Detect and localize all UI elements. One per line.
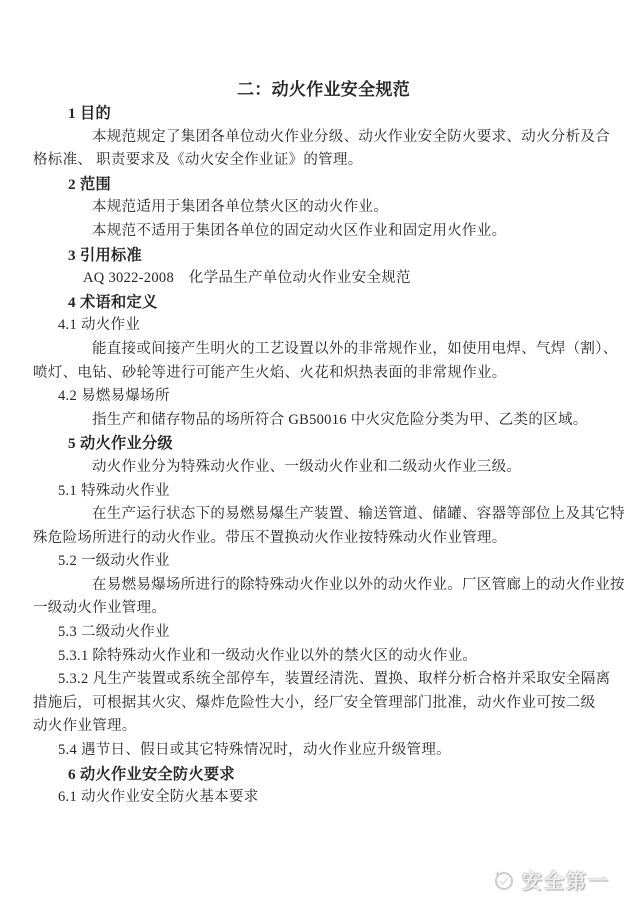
document-lines: 1 目的本规范规定了集团各单位动火作业分级、动火作业安全防火要求、动火分析及合格… [33,102,614,810]
doc-line-para: 指生产和储存物品的场所符合 GB50016 中火灾危险分类为甲、乙类的区域。 [33,409,614,433]
doc-line-heading: 3 引用标准 [33,244,614,268]
doc-line-item: 5.3.2 凡生产装置或系统全部停车，装置经清洗、置换、取样分析合格并采取安全隔… [33,668,614,692]
doc-line-para: 本规范适用于集团各单位禁火区的动火作业。 [33,196,614,220]
doc-line-para: 在易燃易爆场所进行的除特殊动火作业以外的动火作业。厂区管廊上的动火作业按 [33,574,614,598]
doc-line-cont: 喷灯、电钻、砂轮等进行可能产生火焰、火花和炽热表面的非常规作业。 [33,362,614,386]
watermark: 安全第一 [492,865,610,894]
doc-line-heading: 1 目的 [33,102,614,126]
doc-line-item: 5.3 二级动火作业 [33,621,614,645]
doc-line-heading: 4 术语和定义 [33,291,614,315]
doc-line-cont: 殊危险场所进行的动火作业。带压不置换动火作业按特殊动火作业管理。 [33,527,614,551]
circle-logo-icon [492,869,514,891]
doc-line-ref: AQ 3022-2008 化学品生产单位动火作业安全规范 [33,267,614,291]
doc-line-item: 5.2 一级动火作业 [33,550,614,574]
doc-line-heading: 5 动火作业分级 [33,432,614,456]
document-page: 二：动火作业安全规范 1 目的本规范规定了集团各单位动火作业分级、动火作业安全防… [0,0,640,810]
doc-line-heading: 2 范围 [33,173,614,197]
doc-line-para: 本规范不适用于集团各单位的固定动火区作业和固定用火作业。 [33,220,614,244]
watermark-text: 安全第一 [522,865,610,894]
document-title: 二：动火作业安全规范 [33,78,614,102]
doc-line-heading: 6 动火作业安全防火要求 [33,763,614,787]
doc-line-item: 4.1 动火作业 [33,314,614,338]
doc-line-item: 5.1 特殊动火作业 [33,480,614,504]
doc-line-cont: 格标准、 职责要求及《动火安全作业证》的管理。 [33,149,614,173]
doc-line-item: 5.4 遇节日、假日或其它特殊情况时，动火作业应升级管理。 [33,739,614,763]
doc-line-item: 6.1 动火作业安全防火基本要求 [33,786,614,810]
doc-line-item: 5.3.1 除特殊动火作业和一级动火作业以外的禁火区的动火作业。 [33,645,614,669]
doc-line-para: 在生产运行状态下的易燃易爆生产装置、输送管道、储罐、容器等部位上及其它特 [33,503,614,527]
doc-line-cont: 措施后，可根据其火灾、爆炸危险性大小，经厂安全管理部门批准，动火作业可按二级 [33,692,614,716]
doc-line-cont: 动火作业管理。 [33,715,614,739]
doc-line-cont: 一级动火作业管理。 [33,597,614,621]
doc-line-item: 4.2 易燃易爆场所 [33,385,614,409]
doc-line-para: 动火作业分为特殊动火作业、一级动火作业和二级动火作业三级。 [33,456,614,480]
doc-line-para: 能直接或间接产生明火的工艺设置以外的非常规作业，如使用电焊、气焊（割）、 [33,338,614,362]
doc-line-para: 本规范规定了集团各单位动火作业分级、动火作业安全防火要求、动火分析及合 [33,126,614,150]
